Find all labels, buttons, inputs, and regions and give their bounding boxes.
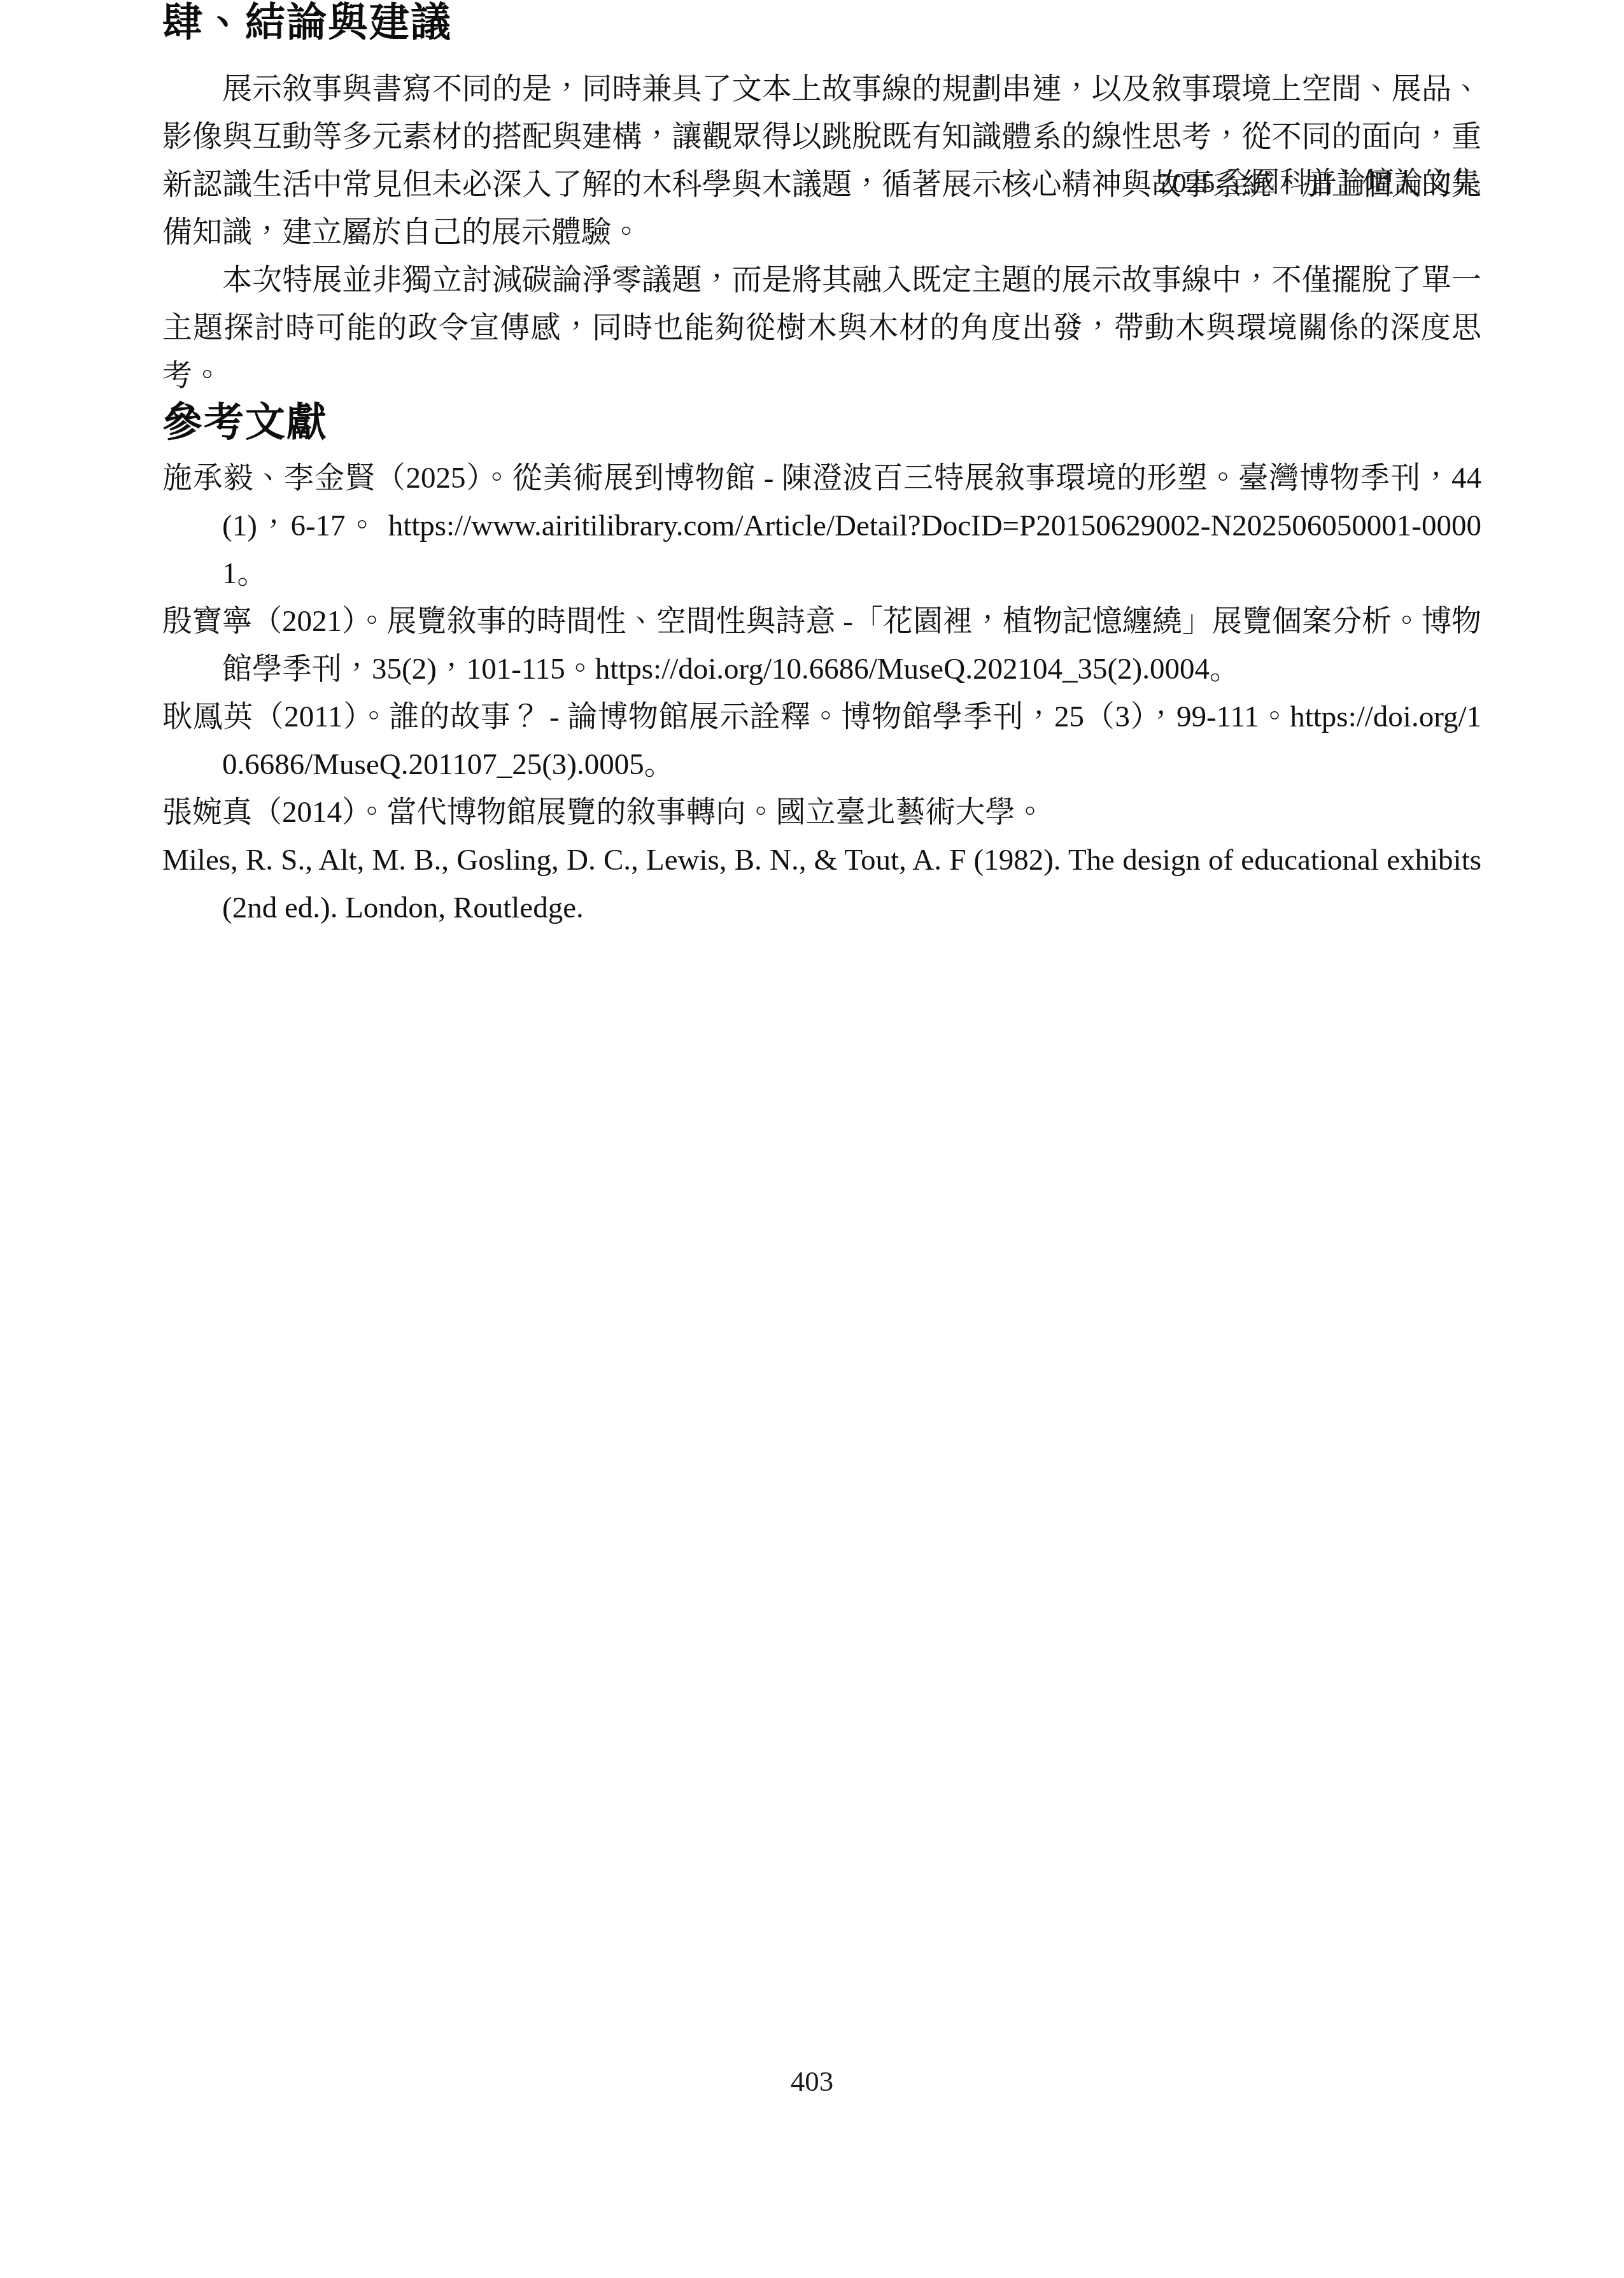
page-number: 403 xyxy=(0,2065,1624,2098)
reference-list: 施承毅、李金賢（2025）。從美術展到博物館 - 陳澄波百三特展敘事環境的形塑。… xyxy=(162,455,1481,932)
conclusion-body: 展示敘事與書寫不同的是，同時兼具了文本上故事線的規劃串連，以及敘事環境上空間、展… xyxy=(162,66,1481,400)
reference-entry: 耿鳳英（2011）。誰的故事？ - 論博物館展示詮釋。博物館學季刊，25（3），… xyxy=(162,693,1481,789)
document-page: 2025 全國科普論壇論文集 肆、結論與建議 展示敘事與書寫不同的是，同時兼具了… xyxy=(0,0,1624,2278)
reference-entry: 殷寶寧（2021）。展覽敘事的時間性、空間性與詩意 -「花園裡，植物記憶纏繞」展… xyxy=(162,598,1481,693)
section-heading-conclusion: 肆、結論與建議 xyxy=(162,0,1481,45)
reference-entry: Miles, R. S., Alt, M. B., Gosling, D. C.… xyxy=(162,837,1481,932)
section-heading-references: 參考文獻 xyxy=(162,400,1481,445)
conclusion-paragraph: 展示敘事與書寫不同的是，同時兼具了文本上故事線的規劃串連，以及敘事環境上空間、展… xyxy=(162,66,1481,257)
reference-entry: 張婉真（2014）。當代博物館展覽的敘事轉向。國立臺北藝術大學。 xyxy=(162,789,1481,837)
page-content: 肆、結論與建議 展示敘事與書寫不同的是，同時兼具了文本上故事線的規劃串連，以及敘… xyxy=(162,0,1481,932)
conclusion-paragraph: 本次特展並非獨立討減碳論淨零議題，而是將其融入既定主題的展示故事線中，不僅擺脫了… xyxy=(162,257,1481,400)
reference-entry: 施承毅、李金賢（2025）。從美術展到博物館 - 陳澄波百三特展敘事環境的形塑。… xyxy=(162,455,1481,598)
